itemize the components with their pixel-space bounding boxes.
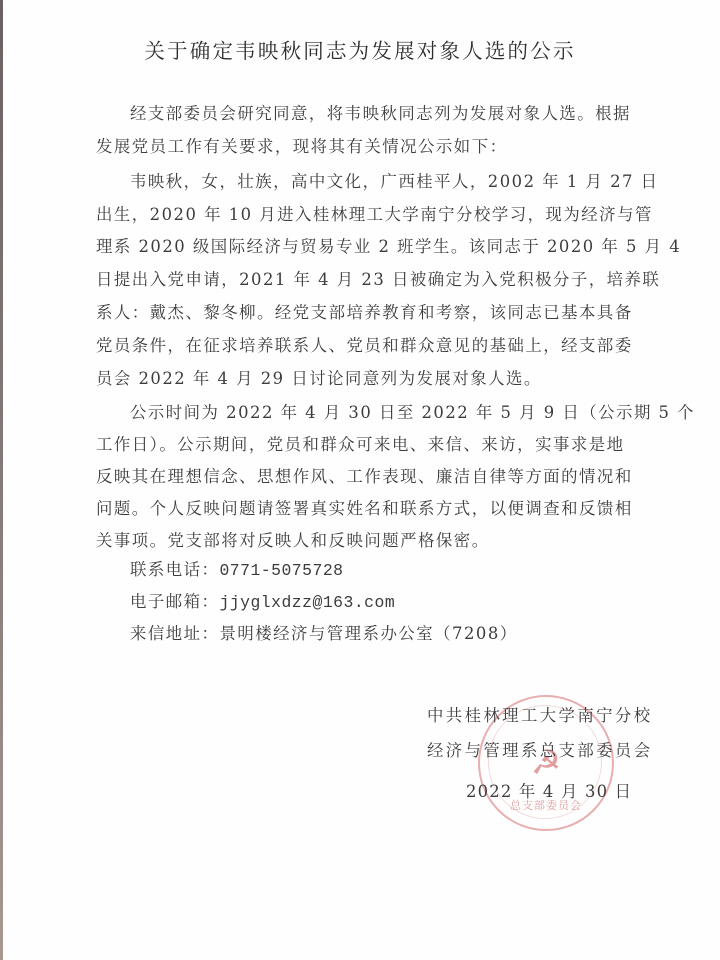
paragraph-1-line-1: 经支部委员会研究同意，将韦映秋同志列为发展对象人选。根据 <box>130 104 690 124</box>
paragraph-3-line-1: 公示时间为 2022 年 4 月 30 日至 2022 年 5 月 9 日（公示… <box>130 403 690 423</box>
scan-edge <box>0 0 3 960</box>
document-title: 关于确定韦映秋同志为发展对象人选的公示 <box>0 34 720 64</box>
paragraph-2-line-7: 员会 2022 年 4 月 29 日讨论同意列为发展对象人选。 <box>96 369 656 389</box>
phone-label: 联系电话： <box>130 560 219 579</box>
paragraph-2-line-2: 出生，2020 年 10 月进入桂林理工大学南宁分校学习，现为经济与管 <box>96 205 656 225</box>
address-value: 景明楼经济与管理系办公室（7208） <box>219 624 517 643</box>
paragraph-3-line-3: 反映其在理想信念、思想作风、工作表现、廉洁自律等方面的情况和 <box>96 467 656 487</box>
paragraph-2-line-1: 韦映秋，女，壮族，高中文化，广西桂平人，2002 年 1 月 27 日 <box>130 172 690 192</box>
document-page: 关于确定韦映秋同志为发展对象人选的公示 经支部委员会研究同意，将韦映秋同志列为发… <box>0 0 720 960</box>
paragraph-3-line-5: 关事项。党支部将对反映人和反映问题严格保密。 <box>96 531 656 551</box>
paragraph-2-line-5: 系人：戴杰、黎冬柳。经党支部培养教育和考察，该同志已基本具备 <box>96 303 656 323</box>
paragraph-1-line-2: 发展党员工作有关要求，现将其有关情况公示如下： <box>96 137 656 157</box>
signature-org-line-2: 经济与管理系总支部委员会 <box>427 741 653 761</box>
contact-email: 电子邮箱：jjyglxdzz@163.com <box>130 592 690 613</box>
paragraph-3-line-4: 问题。个人反映问题请签署真实姓名和联系方式，以便调查和反馈相 <box>96 499 656 519</box>
paragraph-2-line-6: 党员条件，在征求培养联系人、党员和群众意见的基础上，经支部委 <box>96 336 656 356</box>
signature-org-line-1: 中共桂林理工大学南宁分校 <box>427 706 653 726</box>
paragraph-2-line-3: 理系 2020 级国际经济与贸易专业 2 班学生。该同志于 2020 年 5 月… <box>96 237 656 257</box>
contact-phone: 联系电话：0771-5075728 <box>130 560 690 581</box>
email-value: jjyglxdzz@163.com <box>219 593 395 612</box>
address-label: 来信地址： <box>130 624 219 643</box>
contact-address: 来信地址：景明楼经济与管理系办公室（7208） <box>130 624 690 644</box>
paragraph-2-line-4: 日提出入党申请，2021 年 4 月 23 日被确定为入党积极分子，培养联 <box>96 270 656 290</box>
paragraph-3-line-2: 工作日）。公示期间，党员和群众可来电、来信、来访，实事求是地 <box>96 435 656 455</box>
phone-value: 0771-5075728 <box>219 561 343 580</box>
signature-date: 2022 年 4 月 30 日 <box>466 782 632 802</box>
email-label: 电子邮箱： <box>130 592 219 611</box>
